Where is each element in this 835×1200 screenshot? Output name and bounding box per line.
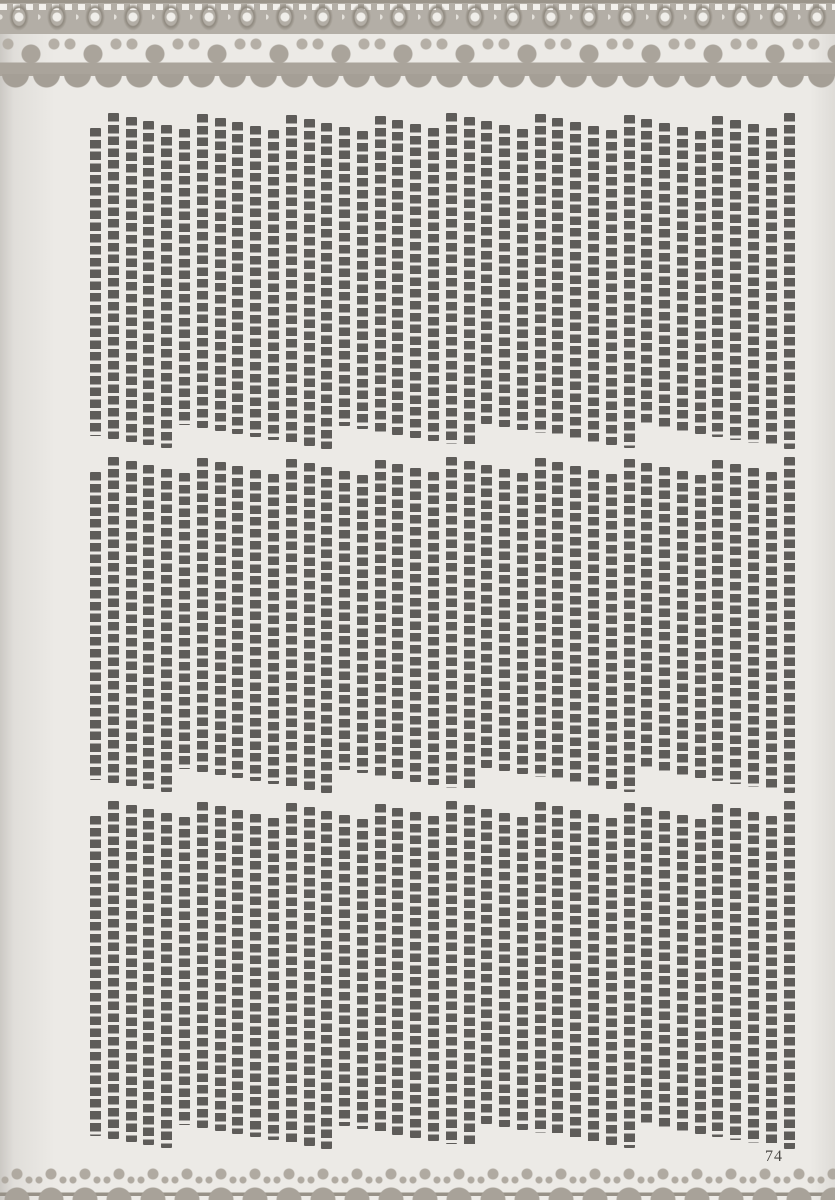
redacted-text-column [108,113,119,439]
book-page: 74 [0,0,835,1200]
redacted-text-column [535,114,546,433]
redacted-text-column [392,464,403,779]
redacted-text-column [517,129,528,430]
redacted-text-column [197,114,208,428]
redacted-text-column [784,801,795,1149]
redacted-text-column [588,126,599,442]
redacted-text-column [143,465,154,789]
redacted-text-column [428,816,439,1141]
redacted-text-column [268,474,279,784]
redacted-text-column [712,116,723,437]
redacted-text-column [481,121,492,424]
redacted-text-column [748,468,759,787]
redacted-text-column [250,470,261,781]
redacted-text-column [268,130,279,440]
lace-border-bottom [0,1166,835,1200]
redacted-text-column [730,464,741,784]
redacted-text-column [286,459,297,787]
redacted-text-column [677,127,688,431]
redacted-text-column [624,803,635,1148]
redacted-text-column [624,459,635,792]
redacted-text-column [446,801,457,1144]
redacted-text-column [215,118,226,431]
redacted-text-column [268,818,279,1140]
redacted-text-column [570,122,581,439]
redacted-text-column [339,127,350,426]
redacted-text-column [464,805,475,1147]
redacted-text-column [624,115,635,448]
redacted-text-column [321,467,332,793]
redacted-text-column [464,461,475,791]
redacted-text-column [481,809,492,1124]
redacted-text-column [748,812,759,1143]
redacted-text-column [161,813,172,1148]
redacted-text-column [161,125,172,448]
redacted-text-column [481,465,492,768]
redacted-text-column [570,810,581,1139]
redacted-text-column [321,811,332,1149]
redacted-text-column [428,128,439,441]
redacted-text-column [730,120,741,440]
redacted-text-column [286,115,297,443]
redacted-text-column [375,460,386,776]
redacted-text-column [730,808,741,1140]
redacted-text-column [197,802,208,1128]
redacted-text-column [712,804,723,1137]
redacted-text-column [90,128,101,436]
redacted-text-column [535,802,546,1133]
redacted-text-column [375,804,386,1132]
text-block-2-redacted [58,457,798,793]
redacted-text-column [499,125,510,427]
redacted-text-column [232,122,243,434]
redacted-text-column [464,117,475,447]
redacted-text-column [499,469,510,771]
redacted-text-column [339,815,350,1126]
redacted-text-column [250,814,261,1137]
redacted-text-column [695,819,706,1134]
redacted-text-column [357,475,368,773]
redacted-text-column [588,470,599,786]
redacted-text-column [659,467,670,772]
redacted-text-column [161,469,172,792]
redacted-text-column [375,116,386,432]
redacted-text-column [659,123,670,428]
redacted-text-column [552,806,563,1136]
redacted-text-column [588,814,599,1142]
redacted-text-column [143,809,154,1145]
redacted-text-column [215,806,226,1131]
redacted-text-column [179,817,190,1125]
redacted-text-column [552,118,563,436]
redacted-text-column [766,128,777,446]
redacted-text-column [659,811,670,1128]
redacted-text-column [606,130,617,445]
lace-border-top-strip [0,0,835,34]
redacted-text-column [535,458,546,777]
redacted-text-column [410,468,421,782]
redacted-text-column [446,457,457,788]
redacted-text-column [606,818,617,1145]
redacted-text-column [90,472,101,780]
redacted-text-column [677,471,688,775]
redacted-text-column [357,819,368,1129]
redacted-text-column [677,815,688,1131]
redacted-text-column [143,121,154,445]
redacted-text-column [606,474,617,789]
redacted-text-column [517,473,528,774]
redacted-text-column [446,113,457,444]
redacted-text-column [410,124,421,438]
text-block-1-redacted [58,113,798,449]
redacted-text-column [392,808,403,1135]
redacted-text-column [428,472,439,785]
redacted-text-column [748,124,759,443]
page-number: 74 [765,1148,783,1166]
redacted-text-column [695,131,706,434]
redacted-text-column [410,812,421,1138]
redacted-text-column [126,117,137,442]
redacted-text-column [641,463,652,769]
redacted-text-column [784,113,795,449]
redacted-text-column [784,457,795,793]
redacted-text-column [304,807,315,1146]
redacted-text-column [357,131,368,429]
text-block-3-redacted [58,801,798,1149]
redacted-text-column [570,466,581,783]
redacted-text-column [766,816,777,1146]
redacted-text-column [250,126,261,437]
redacted-text-column [108,457,119,783]
redacted-text-column [712,460,723,781]
redacted-text-column [232,466,243,778]
redacted-text-column [517,817,528,1130]
redacted-text-column [215,462,226,775]
lace-border-top-scallop [0,38,835,90]
redacted-text-column [641,807,652,1125]
redacted-text-column [126,461,137,786]
redacted-text-column [232,810,243,1134]
redacted-text-column [304,119,315,446]
redacted-text-column [108,801,119,1139]
redacted-text-column [286,803,297,1143]
redacted-text-column [197,458,208,772]
redacted-text-column [695,475,706,778]
redacted-text-column [641,119,652,425]
redacted-text-column [499,813,510,1127]
redacted-text-column [339,471,350,770]
redacted-text-column [126,805,137,1142]
redacted-text-column [766,472,777,790]
redacted-text-column [179,129,190,425]
redacted-text-column [90,816,101,1136]
redacted-text-column [179,473,190,769]
redacted-text-column [552,462,563,780]
redacted-text-column [392,120,403,435]
redacted-text-column [321,123,332,449]
redacted-text-column [304,463,315,790]
